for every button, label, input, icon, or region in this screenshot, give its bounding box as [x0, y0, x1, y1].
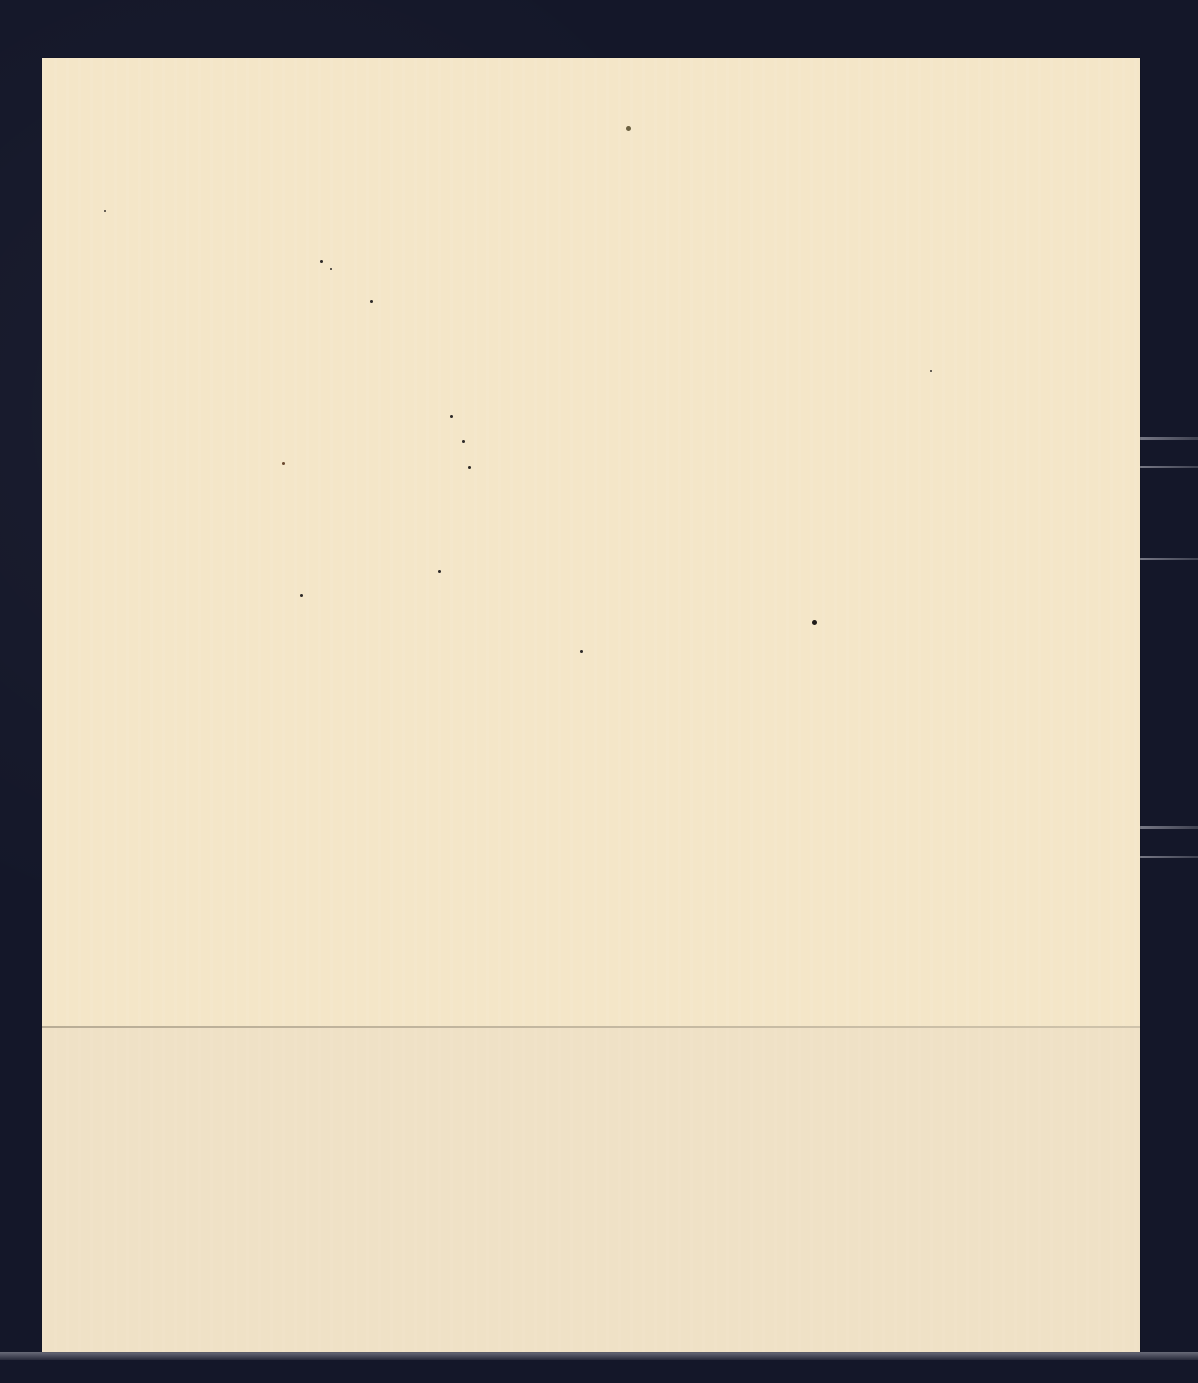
fold-line: [42, 1026, 1140, 1028]
paper-speck: [104, 210, 106, 212]
paper-speck: [330, 268, 332, 270]
mount-bottom-edge: [0, 1352, 1198, 1360]
mount-strip-line: [1140, 466, 1198, 468]
paper-speck: [320, 260, 323, 263]
paper-sheet: [42, 58, 1140, 1352]
paper-speck: [282, 462, 285, 465]
mount-strip-line: [1140, 826, 1198, 829]
paper-speck: [438, 570, 441, 573]
paper-speck: [450, 415, 453, 418]
paper-speck: [812, 620, 817, 625]
paper-speck: [580, 650, 583, 653]
paper-speck: [462, 440, 465, 443]
paper-speck: [930, 370, 932, 372]
paper-speck: [626, 126, 631, 131]
paper-speck: [468, 466, 471, 469]
mount-strip-line: [1140, 856, 1198, 858]
paper-speck: [370, 300, 373, 303]
paper-speck: [300, 594, 303, 597]
mount-strip-line: [1140, 558, 1198, 560]
mount-strip-line: [1140, 437, 1198, 440]
lower-margin-panel: [42, 1028, 1140, 1352]
